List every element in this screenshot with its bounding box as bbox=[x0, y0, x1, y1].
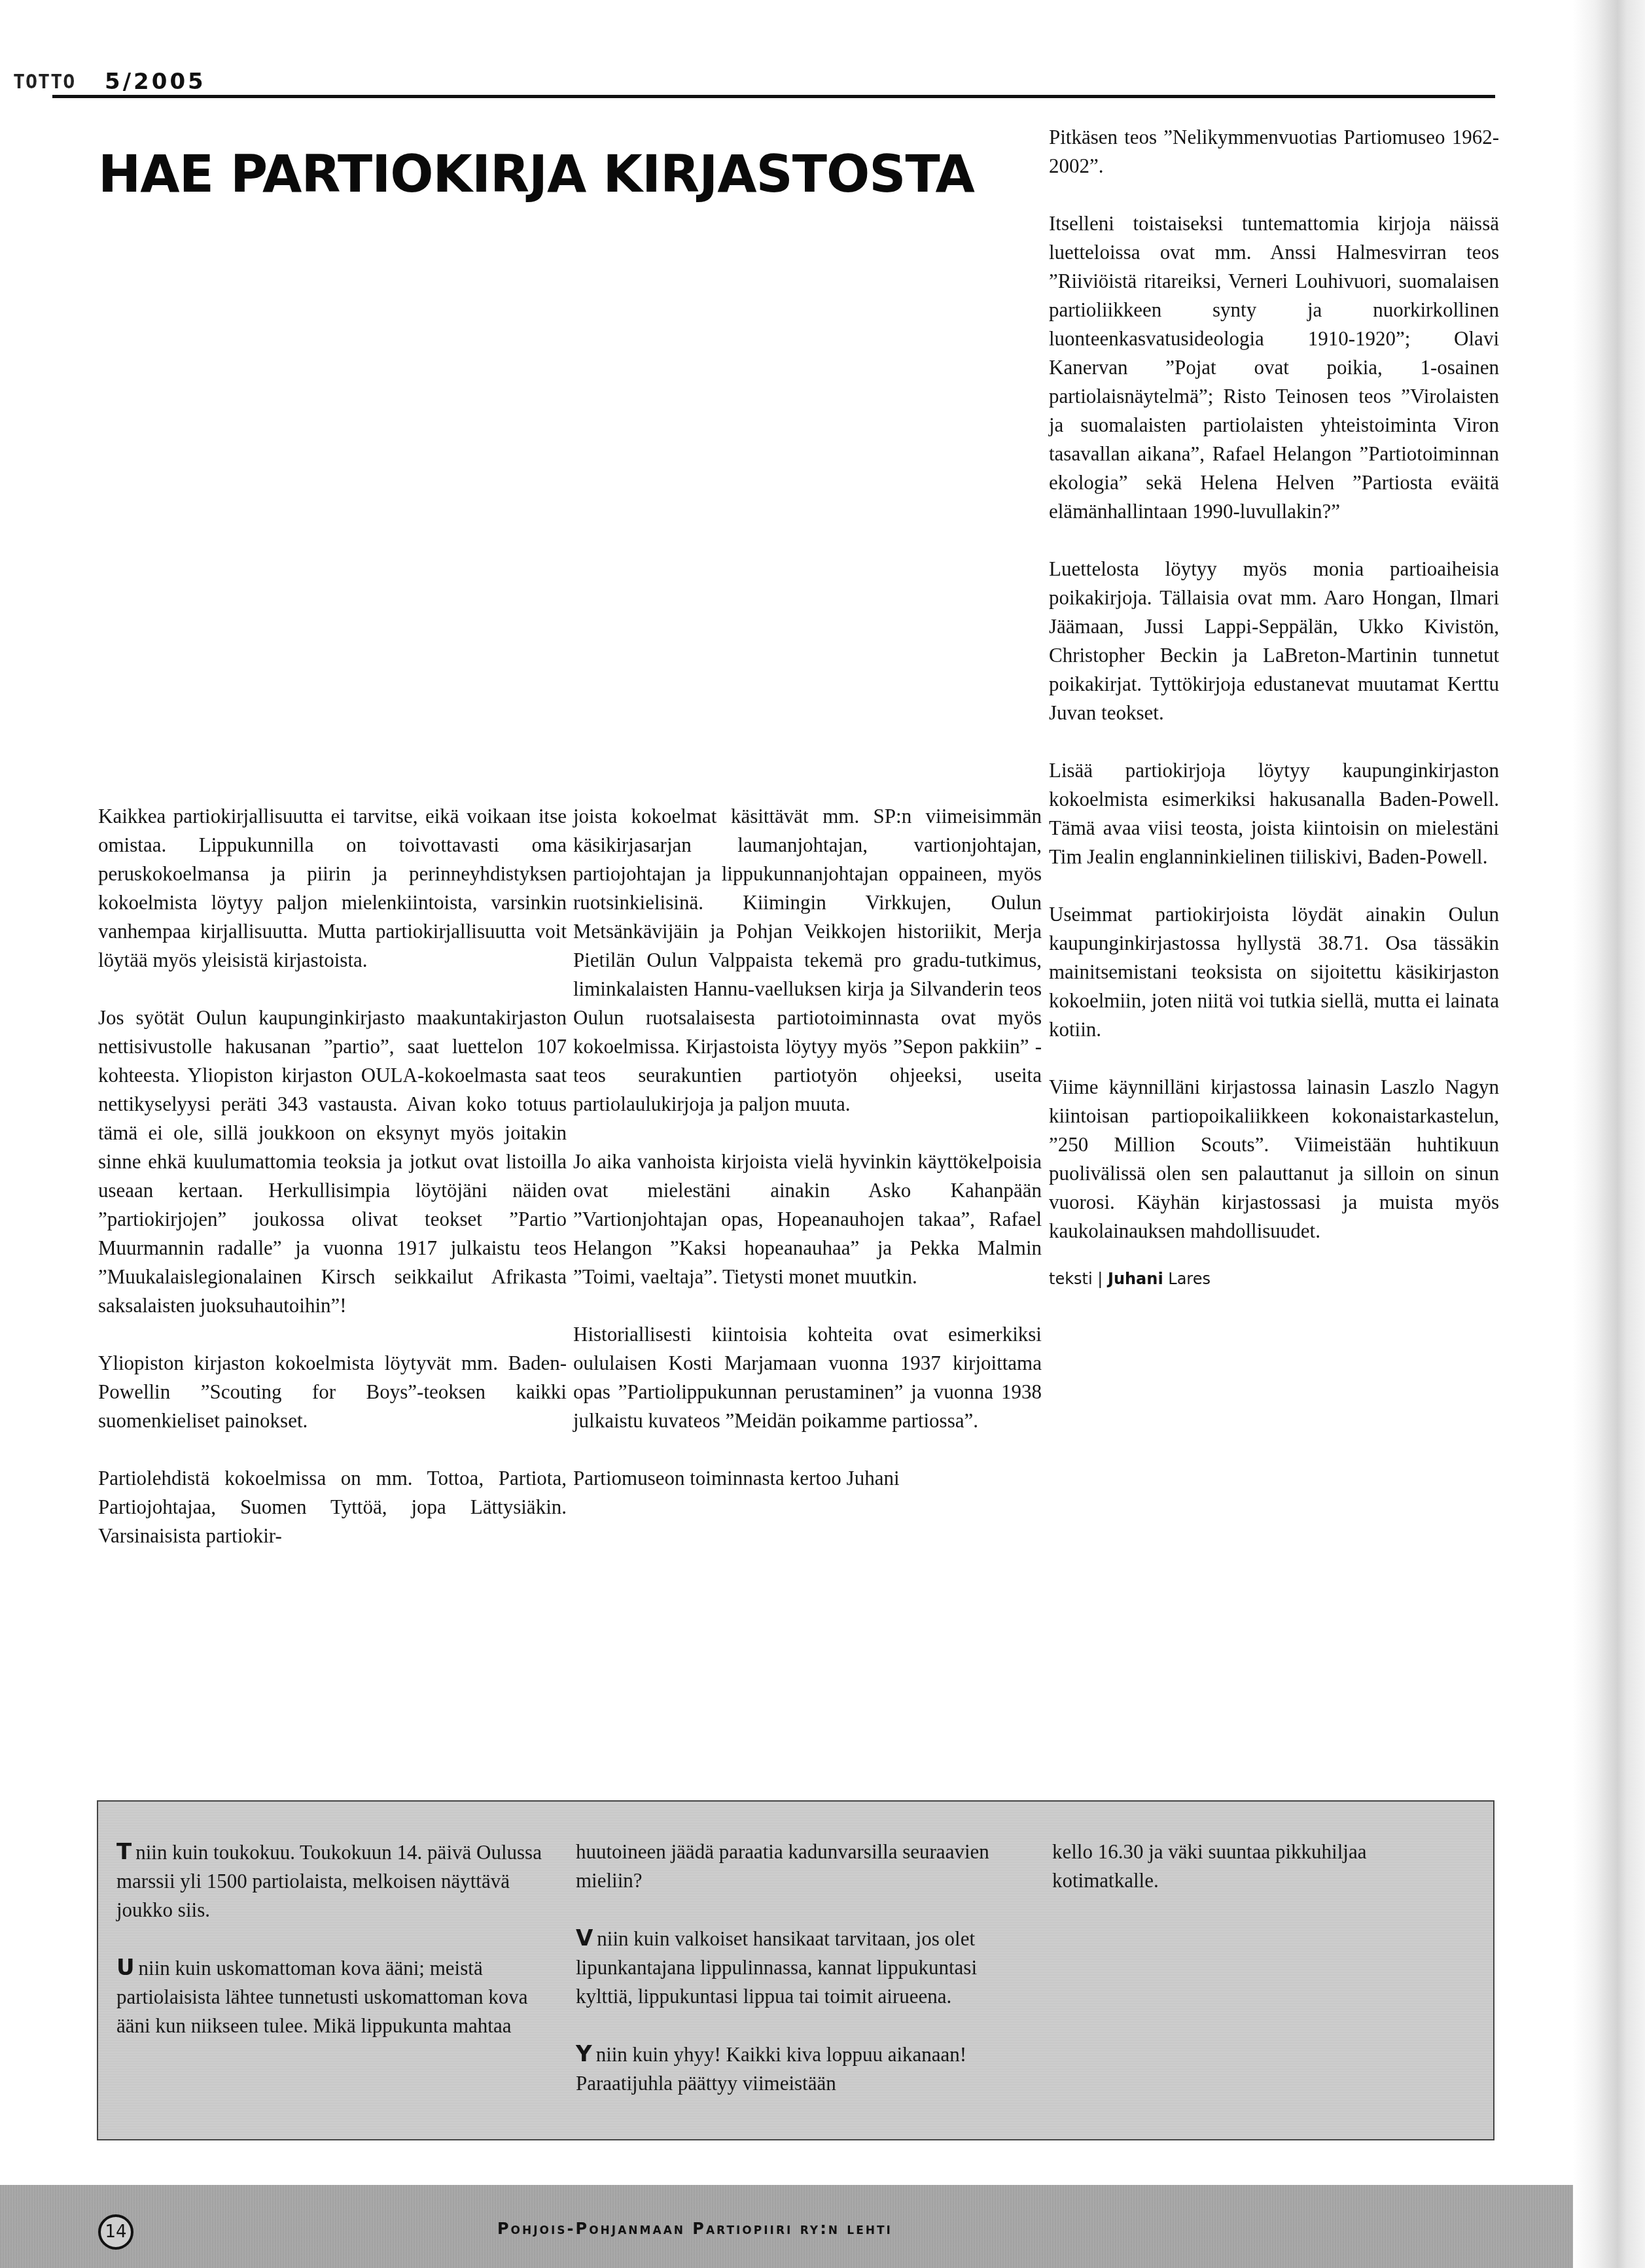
item-text: niin kuin uskomattoman kova ääni; meistä… bbox=[116, 1957, 527, 2037]
paragraph: Useimmat partiokirjoista löydät ainakin … bbox=[1049, 900, 1499, 1044]
sidebar-item: huutoineen jäädä paraatia kadunvarsilla … bbox=[576, 1838, 1001, 1895]
sidebar-column-1: Tniin kuin toukokuu. Toukokuun 14. päivä… bbox=[116, 1838, 542, 2069]
page-gutter-shadow bbox=[1573, 0, 1645, 2268]
sidebar-item: Yniin kuin yhyy! Kaikki kiva loppuu aika… bbox=[576, 2040, 1001, 2098]
sidebar-column-3: kello 16.30 ja väki suuntaa pikkuhiljaa … bbox=[1052, 1838, 1477, 1924]
issue-number: 5/2005 bbox=[105, 69, 206, 95]
paragraph: Itselleni toistaiseksi tuntemattomia kir… bbox=[1049, 209, 1499, 526]
sidebar-item: Tniin kuin toukokuu. Toukokuun 14. päivä… bbox=[116, 1838, 542, 1925]
article-column-1: Kaikkea partiokirjallisuutta ei tarvitse… bbox=[98, 802, 567, 1579]
paragraph: Lisää partiokirjoja löytyy kaupunginkirj… bbox=[1049, 756, 1499, 871]
paragraph: Pitkäsen teos ”Nelikymmenvuotias Partiom… bbox=[1049, 123, 1499, 181]
item-initial: Y bbox=[576, 2041, 592, 2067]
sidebar-item: Uniin kuin uskomattoman kova ääni; meist… bbox=[116, 1953, 542, 2040]
sidebar-column-2: huutoineen jäädä paraatia kadunvarsilla … bbox=[576, 1838, 1001, 2127]
item-text: kello 16.30 ja väki suuntaa pikkuhiljaa … bbox=[1052, 1840, 1366, 1892]
paragraph: joista kokoelmat käsittävät mm. SP:n vii… bbox=[573, 802, 1042, 1119]
item-initial: T bbox=[116, 1839, 132, 1865]
paragraph: Partiolehdistä kokoelmissa on mm. Tottoa… bbox=[98, 1464, 567, 1550]
paragraph: Jos syötät Oulun kaupunginkirjasto maaku… bbox=[98, 1003, 567, 1320]
paragraph: Historiallisesti kiintoisia kohteita ova… bbox=[573, 1320, 1042, 1435]
masthead: TOTTO 5/2005 bbox=[13, 69, 206, 95]
item-initial: U bbox=[116, 1955, 135, 1981]
tuvy-sidebar-box: Tniin kuin toukokuu. Toukokuun 14. päivä… bbox=[97, 1800, 1495, 2140]
publication-name: Pohjois-Pohjanmaan Partiopiiri ry:n leht… bbox=[497, 2220, 893, 2238]
article-title: HAE PARTIOKIRJA KIRJASTOSTA bbox=[98, 149, 974, 200]
paragraph: Yliopiston kirjaston kokoelmista löytyvä… bbox=[98, 1349, 567, 1435]
paragraph: Luettelosta löytyy myös monia partioaihe… bbox=[1049, 555, 1499, 727]
page-number-badge: 14 bbox=[98, 2214, 133, 2250]
item-text: niin kuin toukokuu. Toukokuun 14. päivä … bbox=[116, 1841, 542, 1921]
paragraph: Partiomuseon toiminnasta kertoo Juhani bbox=[573, 1464, 1042, 1493]
sidebar-item: kello 16.30 ja väki suuntaa pikkuhiljaa … bbox=[1052, 1838, 1477, 1895]
paragraph: Jo aika vanhoista kirjoista vielä hyvink… bbox=[573, 1147, 1042, 1291]
item-text: niin kuin valkoiset hansikaat tarvitaan,… bbox=[576, 1927, 977, 2008]
author-first-name: Juhani bbox=[1108, 1270, 1163, 1288]
paragraph: Viime käynnilläni kirjastossa lainasin L… bbox=[1049, 1073, 1499, 1246]
header-rule bbox=[52, 95, 1495, 98]
author-last-name: Lares bbox=[1168, 1270, 1211, 1288]
byline-prefix: teksti | bbox=[1049, 1270, 1103, 1288]
article-column-2: joista kokoelmat käsittävät mm. SP:n vii… bbox=[573, 802, 1042, 1522]
item-text: huutoineen jäädä paraatia kadunvarsilla … bbox=[576, 1840, 989, 1892]
magazine-logo: TOTTO bbox=[13, 71, 105, 94]
item-initial: V bbox=[576, 1925, 593, 1951]
sidebar-item: Vniin kuin valkoiset hansikaat tarvitaan… bbox=[576, 1924, 1001, 2011]
article-column-3: Pitkäsen teos ”Nelikymmenvuotias Partiom… bbox=[1049, 123, 1499, 1289]
paragraph: Kaikkea partiokirjallisuutta ei tarvitse… bbox=[98, 802, 567, 975]
item-text: niin kuin yhyy! Kaikki kiva loppuu aikan… bbox=[576, 2043, 966, 2095]
author-byline: teksti | Juhani Lares bbox=[1049, 1269, 1499, 1289]
